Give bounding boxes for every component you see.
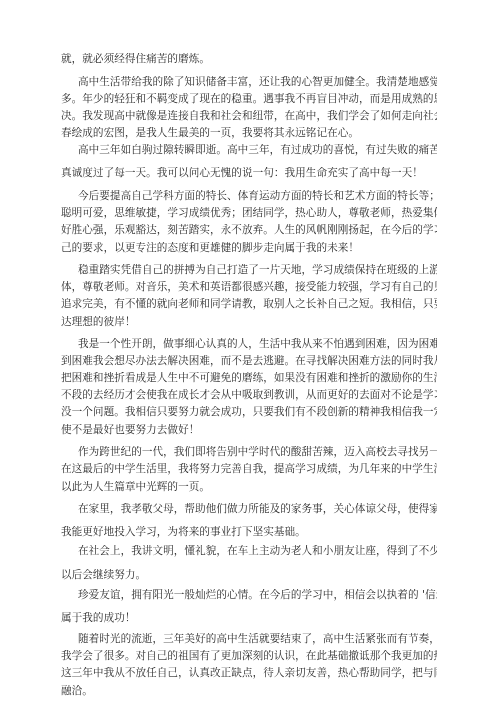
text-line: 以此为人生篇章中光辉的一页。 (61, 481, 437, 494)
text-line: 多。年少的轻狂和不羁变成了现在的稳重。遇事我不再盲目冲动，而是用成熟的思想和丰富… (61, 93, 437, 106)
text-line: 己的要求，以更专注的态度和更雄健的脚步走向属于我的未来！ (61, 242, 437, 255)
text-line: 高中生活带给我的除了知识储备丰富，还让我的心智更加健全。我清楚地感觉到我比以前成… (78, 76, 437, 89)
text-line: 达理想的彼岸！ (61, 316, 437, 329)
text-line: 稳重踏实凭借自己的拼搏为自己打造了一片天地，学习成绩保持在班级的上游，遵守纪律，… (78, 264, 437, 277)
text-line: 我学会了很多。对自己的祖国有了更加深刻的认识，在此基础撤诋那个我更加的热爱自己的… (61, 650, 437, 663)
text-line: 融洽。 (61, 685, 437, 698)
text-line: 高中三年如白驹过隙转瞬即逝。高中三年，有过成功的喜悦，有过失败的痛苦。但毫无疑问… (78, 144, 437, 157)
text-line: 把困难和挫折看成是人生中不可避免的磨练，如果没有困难和挫折的激励你的生活就不是完… (61, 372, 437, 385)
text-line: 以后会继续努力。 (61, 569, 437, 582)
text-line: 好胜心强，乐观豁达，刻苦踏实，永不放弃。人生的风帆刚刚扬起，在今后的学习中希望你… (61, 224, 437, 237)
text-line: 就，就必须经得住痛苦的磨炼。 (61, 53, 437, 66)
text-line: 在家里，我孝敬父母，帮助他们做力所能及的家务事，关心体谅父母，使得家庭关系更加融… (78, 503, 437, 516)
text-line: 真诚度过了每一天。我可以问心无愧的说一句：我用生命充实了高中每一天！ (61, 167, 437, 180)
text-line: 没一个问题。我相信只要努力就会成功，只要我们有不段创新的精神我相信我一定能够把工… (61, 406, 437, 419)
text-line: 今后要提高自己学科方面的特长、体育运动方面的特长和艺术方面的特长等；争取做到全面… (78, 190, 437, 203)
text-line: 在社会上，我讲文明，懂礼貌，在车上主动为老人和小朋友让座，得到了不少街坊邻居的好… (78, 545, 437, 558)
text-line: 到困难我会想尽办法去解决困难，而不是去逃避。在寻找解决困难方法的同时我从中会到很… (61, 355, 437, 368)
text-line: 这三年中我从不放任自己，认真改正缺点，待人亲切友善，热心帮助同学，把与同学的关系… (61, 667, 437, 680)
text-line: 决。我发现高中就像是连接自我和社会和纽带，在高中，我们学会了如何走向社会。高中，… (61, 110, 437, 123)
text-line: 随着时光的流逝，三年美好的高中生活就要结束了，高中生活紧张而有节奏，在这三年的生… (78, 633, 437, 646)
text-line: 属于我的成功！ (61, 612, 437, 625)
text-line: 作为跨世纪的一代，我们即将告别中学时代的酸甜苦辣，迈入高校去寻找另一片更加广阔的… (78, 446, 437, 459)
text-line: 在这最后的中学生活里，我将努力完善自我，提高学习成绩，为几年来的中学生活划上完美… (61, 463, 437, 476)
text-line: 我是一个性开朗，做事细心认真的人，生活中我从来不怕遇到困难，因为困难使我更坚强。… (78, 338, 437, 351)
text-line: 聪明可爱，思维敏捷，学习成绩优秀；团结同学，热心助人，尊敬老师，热爱集体，深得师… (61, 207, 437, 220)
text-line: 春绘成的宏图，是我人生最美的一页，我要将其永远铭记在心。 (61, 127, 437, 140)
text-line: 使不是最好也要努力去做好！ (61, 424, 437, 437)
text-line: 珍爱友谊，拥有阳光一般灿烂的心情。在今后的学习中，相信会以执着的 '信念和勤奋的… (78, 589, 437, 602)
text-line: 追求完美，有不懂的就向老师和同学请教，取别人之长补自己之短。我相信，只要我坚持下… (61, 298, 437, 311)
text-line: 不段的去经历才会使我在成长才会从中吸取到教训，从而更好的去面对不论是学习、生活以… (61, 389, 437, 402)
document-page: 就，就必须经得住痛苦的磨炼。高中生活带给我的除了知识储备丰富，还让我的心智更加健… (0, 0, 500, 707)
text-line: 我能更好地投入学习，为将来的事业打下坚实基础。 (61, 526, 437, 539)
text-line: 体，尊敬老师。对音乐，美术和英语都很感兴趣，接受能力较强，学习有自己的见解，刻苦… (61, 281, 437, 294)
